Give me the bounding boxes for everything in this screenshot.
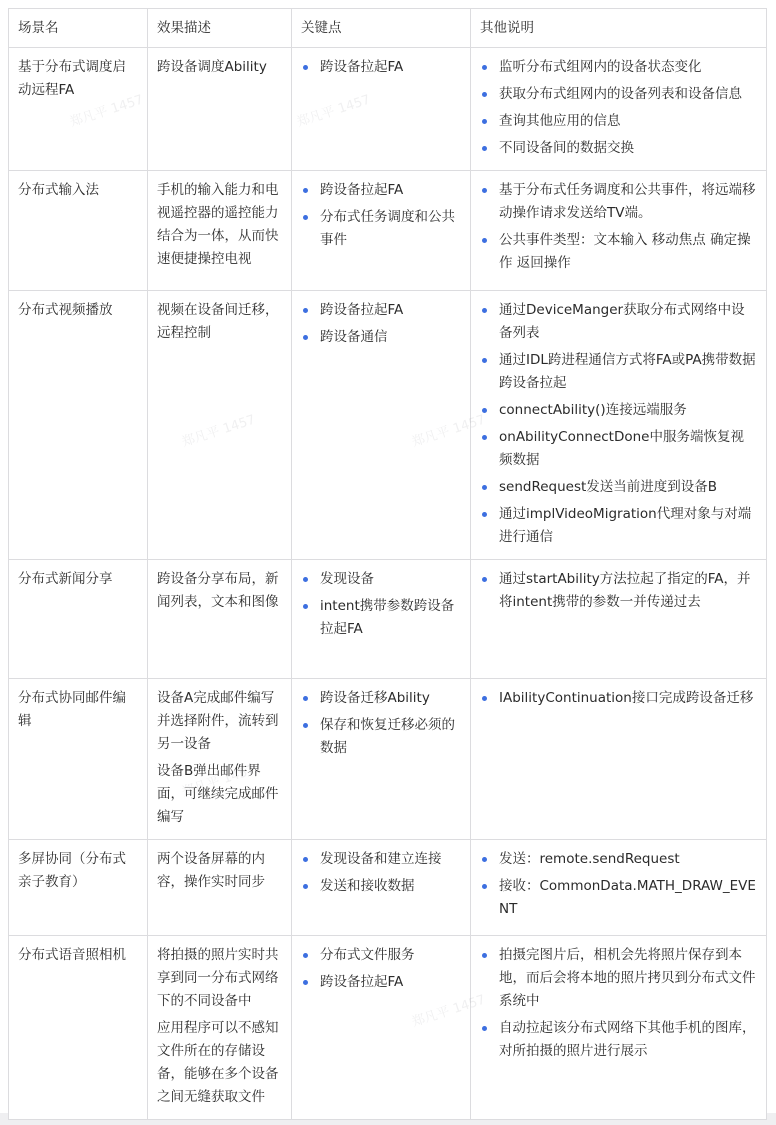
scene-name-cell: 分布式语音照相机 <box>9 936 148 1120</box>
key-points-list: 分布式文件服务 跨设备拉起FA <box>301 944 461 994</box>
list-item: 跨设备通信 <box>301 326 461 349</box>
notes-list: IAbilityContinuation接口完成跨设备迁移 <box>480 687 757 710</box>
list-item: 通过DeviceManger获取分布式网络中设备列表 <box>480 299 757 345</box>
header-other-notes: 其他说明 <box>471 9 767 48</box>
list-item: 跨设备拉起FA <box>301 179 461 202</box>
list-item: 分布式文件服务 <box>301 944 461 967</box>
list-item: 通过implVideoMigration代理对象与对端进行通信 <box>480 503 757 549</box>
list-item: 跨设备拉起FA <box>301 299 461 322</box>
effect-cell: 两个设备屏幕的内容，操作实时同步 <box>148 840 292 936</box>
notes-list: 通过startAbility方法拉起了指定的FA，并将intent携带的参数一并… <box>480 568 757 614</box>
key-points-list: 跨设备拉起FA 跨设备通信 <box>301 299 461 349</box>
list-item: 通过IDL跨进程通信方式将FA或PA携带数据跨设备拉起 <box>480 349 757 395</box>
list-item: 跨设备迁移Ability <box>301 687 461 710</box>
list-item: 发送：remote.sendRequest <box>480 848 757 871</box>
key-points-cell: 跨设备拉起FA <box>292 48 471 171</box>
key-points-cell: 分布式文件服务 跨设备拉起FA <box>292 936 471 1120</box>
effect-paragraph: 视频在设备间迁移，远程控制 <box>157 299 282 345</box>
key-points-list: 发现设备 intent携带参数跨设备拉起FA <box>301 568 461 641</box>
list-item: 公共事件类型：文本输入 移动焦点 确定操作 返回操作 <box>480 229 757 275</box>
notes-cell: 发送：remote.sendRequest 接收：CommonData.MATH… <box>471 840 767 936</box>
notes-cell: 监听分布式组网内的设备状态变化 获取分布式组网内的设备列表和设备信息 查询其他应… <box>471 48 767 171</box>
effect-paragraph: 跨设备分享布局，新闻列表，文本和图像 <box>157 568 282 614</box>
effect-paragraph: 设备B弹出邮件界面，可继续完成邮件编写 <box>157 760 282 829</box>
table-row: 分布式语音照相机 将拍摄的照片实时共享到同一分布式网络下的不同设备中 应用程序可… <box>9 936 767 1120</box>
table-row: 分布式视频播放 视频在设备间迁移，远程控制 跨设备拉起FA 跨设备通信 通过De… <box>9 291 767 560</box>
effect-paragraph: 应用程序可以不感知文件所在的存储设备，能够在多个设备之间无缝获取文件 <box>157 1017 282 1109</box>
notes-cell: 基于分布式任务调度和公共事件，将远端移动操作请求发送给TV端。 公共事件类型：文… <box>471 171 767 291</box>
effect-cell: 跨设备调度Ability <box>148 48 292 171</box>
notes-cell: IAbilityContinuation接口完成跨设备迁移 <box>471 679 767 840</box>
list-item: 接收：CommonData.MATH_DRAW_EVENT <box>480 875 757 921</box>
notes-list: 发送：remote.sendRequest 接收：CommonData.MATH… <box>480 848 757 921</box>
table-row: 基于分布式调度启动远程FA 跨设备调度Ability 跨设备拉起FA 监听分布式… <box>9 48 767 171</box>
effect-paragraph: 设备A完成邮件编写并选择附件，流转到另一设备 <box>157 687 282 756</box>
list-item: 发送和接收数据 <box>301 875 461 898</box>
effect-paragraph: 跨设备调度Ability <box>157 56 282 79</box>
effect-cell: 跨设备分享布局，新闻列表，文本和图像 <box>148 560 292 679</box>
list-item: 发现设备 <box>301 568 461 591</box>
list-item: 查询其他应用的信息 <box>480 110 757 133</box>
scene-name-cell: 分布式视频播放 <box>9 291 148 560</box>
notes-list: 通过DeviceManger获取分布式网络中设备列表 通过IDL跨进程通信方式将… <box>480 299 757 549</box>
table-row: 分布式协同邮件编辑 设备A完成邮件编写并选择附件，流转到另一设备 设备B弹出邮件… <box>9 679 767 840</box>
list-item: IAbilityContinuation接口完成跨设备迁移 <box>480 687 757 710</box>
list-item: 发现设备和建立连接 <box>301 848 461 871</box>
effect-paragraph: 两个设备屏幕的内容，操作实时同步 <box>157 848 282 894</box>
scene-name-cell: 基于分布式调度启动远程FA <box>9 48 148 171</box>
key-points-cell: 发现设备 intent携带参数跨设备拉起FA <box>292 560 471 679</box>
effect-cell: 设备A完成邮件编写并选择附件，流转到另一设备 设备B弹出邮件界面，可继续完成邮件… <box>148 679 292 840</box>
list-item: 获取分布式组网内的设备列表和设备信息 <box>480 83 757 106</box>
header-row: 场景名 效果描述 关键点 其他说明 <box>9 9 767 48</box>
list-item: 自动拉起该分布式网络下其他手机的图库，对所拍摄的照片进行展示 <box>480 1017 757 1063</box>
key-points-list: 跨设备拉起FA <box>301 56 461 79</box>
key-points-cell: 跨设备拉起FA 分布式任务调度和公共事件 <box>292 171 471 291</box>
notes-list: 拍摄完图片后，相机会先将照片保存到本地，而后会将本地的照片拷贝到分布式文件系统中… <box>480 944 757 1063</box>
list-item: 跨设备拉起FA <box>301 971 461 994</box>
list-item: 通过startAbility方法拉起了指定的FA，并将intent携带的参数一并… <box>480 568 757 614</box>
effect-paragraph: 手机的输入能力和电视遥控器的遥控能力结合为一体，从而快速便捷操控电视 <box>157 179 282 271</box>
scene-name-cell: 分布式新闻分享 <box>9 560 148 679</box>
effect-cell: 手机的输入能力和电视遥控器的遥控能力结合为一体，从而快速便捷操控电视 <box>148 171 292 291</box>
scene-name-cell: 多屏协同（分布式亲子教育） <box>9 840 148 936</box>
list-item: 保存和恢复迁移必须的数据 <box>301 714 461 760</box>
scene-name-cell: 分布式输入法 <box>9 171 148 291</box>
notes-cell: 拍摄完图片后，相机会先将照片保存到本地，而后会将本地的照片拷贝到分布式文件系统中… <box>471 936 767 1120</box>
scene-name-cell: 分布式协同邮件编辑 <box>9 679 148 840</box>
list-item: 跨设备拉起FA <box>301 56 461 79</box>
list-item: 分布式任务调度和公共事件 <box>301 206 461 252</box>
key-points-list: 跨设备迁移Ability 保存和恢复迁移必须的数据 <box>301 687 461 760</box>
list-item: connectAbility()连接远端服务 <box>480 399 757 422</box>
list-item: onAbilityConnectDone中服务端恢复视频数据 <box>480 426 757 472</box>
list-item: sendRequest发送当前进度到设备B <box>480 476 757 499</box>
table-row: 分布式输入法 手机的输入能力和电视遥控器的遥控能力结合为一体，从而快速便捷操控电… <box>9 171 767 291</box>
effect-cell: 将拍摄的照片实时共享到同一分布式网络下的不同设备中 应用程序可以不感知文件所在的… <box>148 936 292 1120</box>
key-points-list: 跨设备拉起FA 分布式任务调度和公共事件 <box>301 179 461 252</box>
key-points-list: 发现设备和建立连接 发送和接收数据 <box>301 848 461 898</box>
key-points-cell: 跨设备拉起FA 跨设备通信 <box>292 291 471 560</box>
notes-cell: 通过startAbility方法拉起了指定的FA，并将intent携带的参数一并… <box>471 560 767 679</box>
table-row: 多屏协同（分布式亲子教育） 两个设备屏幕的内容，操作实时同步 发现设备和建立连接… <box>9 840 767 936</box>
notes-cell: 通过DeviceManger获取分布式网络中设备列表 通过IDL跨进程通信方式将… <box>471 291 767 560</box>
notes-list: 监听分布式组网内的设备状态变化 获取分布式组网内的设备列表和设备信息 查询其他应… <box>480 56 757 160</box>
list-item: 监听分布式组网内的设备状态变化 <box>480 56 757 79</box>
effect-cell: 视频在设备间迁移，远程控制 <box>148 291 292 560</box>
header-scene-name: 场景名 <box>9 9 148 48</box>
distributed-scenarios-table: 场景名 效果描述 关键点 其他说明 基于分布式调度启动远程FA 跨设备调度Abi… <box>8 8 767 1120</box>
list-item: 基于分布式任务调度和公共事件，将远端移动操作请求发送给TV端。 <box>480 179 757 225</box>
header-key-points: 关键点 <box>292 9 471 48</box>
header-effect-description: 效果描述 <box>148 9 292 48</box>
key-points-cell: 发现设备和建立连接 发送和接收数据 <box>292 840 471 936</box>
list-item: intent携带参数跨设备拉起FA <box>301 595 461 641</box>
notes-list: 基于分布式任务调度和公共事件，将远端移动操作请求发送给TV端。 公共事件类型：文… <box>480 179 757 275</box>
effect-paragraph: 将拍摄的照片实时共享到同一分布式网络下的不同设备中 <box>157 944 282 1013</box>
key-points-cell: 跨设备迁移Ability 保存和恢复迁移必须的数据 <box>292 679 471 840</box>
list-item: 拍摄完图片后，相机会先将照片保存到本地，而后会将本地的照片拷贝到分布式文件系统中 <box>480 944 757 1013</box>
list-item: 不同设备间的数据交换 <box>480 137 757 160</box>
table-row: 分布式新闻分享 跨设备分享布局，新闻列表，文本和图像 发现设备 intent携带… <box>9 560 767 679</box>
